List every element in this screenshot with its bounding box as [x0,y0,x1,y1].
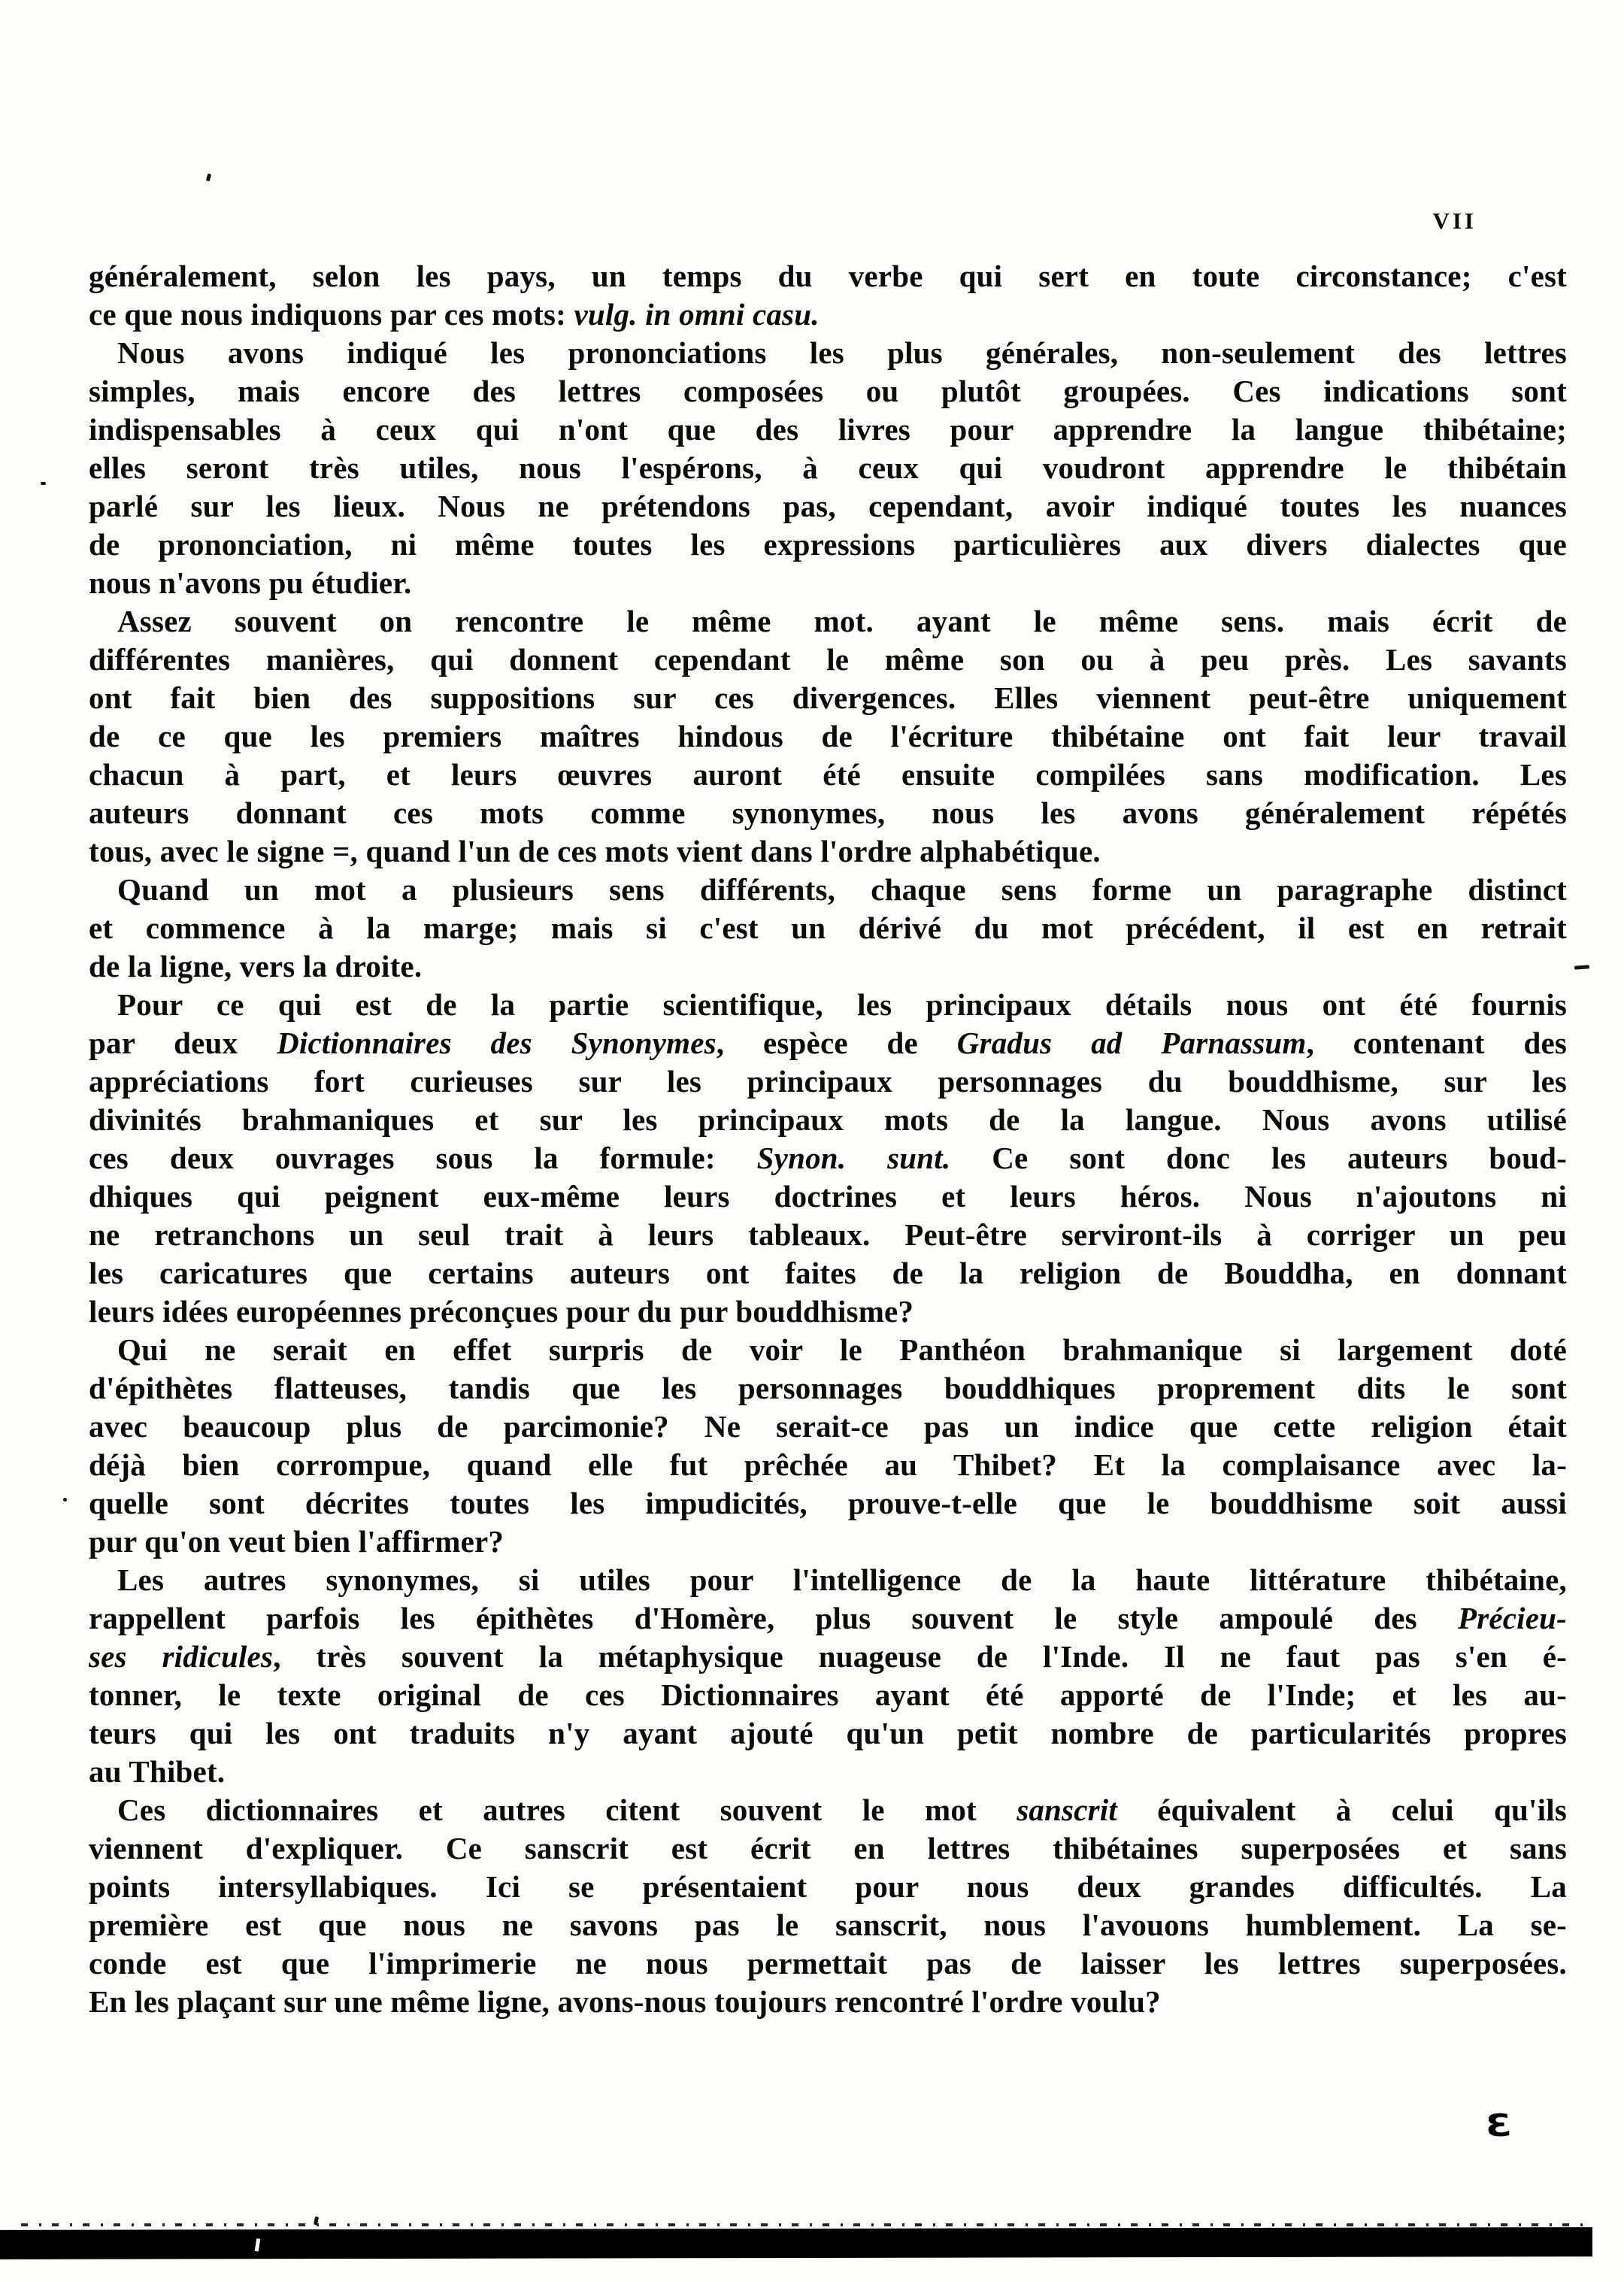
text-line: Assez souvent on rencontre le même mot. … [89,602,1567,641]
plain-text: ces deux ouvrages sous la formule: [89,1141,757,1175]
paragraph: Assez souvent on rencontre le même mot. … [89,602,1567,871]
plain-text: rappellent parfois les épithètes d'Homèr… [89,1601,1458,1635]
text-line: généralement, selon les pays, un temps d… [89,257,1567,295]
plain-text: auteurs donnant ces mots comme synonymes… [89,796,1567,830]
text-line: rappellent parfois les épithètes d'Homèr… [89,1599,1567,1638]
plain-text: Les autres synonymes, si utiles pour l'i… [117,1562,1567,1597]
scanned-page: VII généralement, selon les pays, un tem… [0,0,1624,2282]
text-line: les caricatures que certains auteurs ont… [89,1254,1567,1293]
plain-text: déjà bien corrompue, quand elle fut prêc… [89,1447,1567,1482]
plain-text: généralement, selon les pays, un temps d… [89,259,1567,293]
plain-text: de prononciation, ni même toutes les exp… [89,527,1567,562]
text-line: divinités brahmaniques et sur les princi… [89,1101,1567,1139]
plain-text: divinités brahmaniques et sur les princi… [89,1102,1567,1137]
text-line: Les autres synonymes, si utiles pour l'i… [89,1561,1567,1599]
text-line: différentes manières, qui donnent cepend… [89,641,1567,679]
italic-text: ses ridicules [89,1639,273,1674]
plain-text: , très souvent la métaphysique nuageuse … [273,1639,1567,1674]
plain-text: , contenant des [1306,1026,1567,1060]
text-line: et commence à la marge; mais si c'est un… [89,909,1567,947]
paragraph: Ces dictionnaires et autres citent souve… [89,1791,1567,2021]
text-line: indispensables à ceux qui n'ont que des … [89,411,1567,449]
text-line: première est que nous ne savons pas le s… [89,1906,1567,1944]
ink-speck [206,174,212,182]
plain-text: par deux [89,1026,277,1060]
plain-text: différentes manières, qui donnent cepend… [89,642,1567,677]
text-line: simples, mais encore des lettres composé… [89,372,1567,411]
text-line: au Thibet. [89,1753,1567,1791]
plain-text: Assez souvent on rencontre le même mot. … [117,604,1567,638]
plain-text: première est que nous ne savons pas le s… [89,1908,1567,1942]
plain-text: et commence à la marge; mais si c'est un… [89,911,1567,945]
text-line: Pour ce qui est de la partie scientifiqu… [89,986,1567,1024]
text-line: tous, avec le signe =, quand l'un de ces… [89,832,1567,871]
plain-text: Pour ce qui est de la partie scientifiqu… [117,987,1567,1022]
plain-text: appréciations fort curieuses sur les pri… [89,1064,1567,1099]
plain-text: Ces dictionnaires et autres citent souve… [117,1793,1017,1827]
text-line: pur qu'on veut bien l'affirmer? [89,1523,1567,1561]
italic-text: Précieu- [1458,1601,1567,1635]
text-line: ses ridicules, très souvent la métaphysi… [89,1638,1567,1676]
text-line: ces deux ouvrages sous la formule: Synon… [89,1139,1567,1177]
plain-text: Ce sont donc les auteurs boud- [950,1141,1567,1175]
plain-text: pur qu'on veut bien l'affirmer? [89,1524,504,1559]
text-line: Qui ne serait en effet surpris de voir l… [89,1331,1567,1369]
text-block: généralement, selon les pays, un temps d… [89,257,1567,2021]
text-line: leurs idées européennes préconçues pour … [89,1293,1567,1331]
text-line: de la ligne, vers la droite. [89,947,1567,986]
text-line: de prononciation, ni même toutes les exp… [89,526,1567,564]
paragraph: Les autres synonymes, si utiles pour l'i… [89,1561,1567,1791]
italic-text: vulg. in omni casu. [574,297,819,332]
italic-text: sanscrit [1017,1793,1117,1827]
plain-text: ont fait bien des suppositions sur ces d… [89,680,1567,715]
plain-text: au Thibet. [89,1754,225,1789]
plain-text: points intersyllabiques. Ici se présenta… [89,1869,1567,1904]
paragraph: Pour ce qui est de la partie scientifiqu… [89,986,1567,1331]
paragraph: Nous avons indiqué les prononciations le… [89,334,1567,602]
paragraph: Quand un mot a plusieurs sens différents… [89,871,1567,986]
plain-text: dhiques qui peignent eux-même leurs doct… [89,1179,1567,1214]
plain-text: équivalent à celui qu'ils [1117,1793,1567,1827]
text-line: viennent d'expliquer. Ce sanscrit est éc… [89,1829,1567,1868]
plain-text: viennent d'expliquer. Ce sanscrit est éc… [89,1831,1567,1865]
plain-text: conde est que l'imprimerie ne nous perme… [89,1946,1567,1980]
text-line: Ces dictionnaires et autres citent souve… [89,1791,1567,1829]
text-line: Nous avons indiqué les prononciations le… [89,334,1567,372]
text-line: par deux Dictionnaires des Synonymes, es… [89,1024,1567,1062]
plain-text: tonner, le texte original de ces Diction… [89,1677,1567,1712]
text-line: points intersyllabiques. Ici se présenta… [89,1868,1567,1906]
plain-text: ce que nous indiquons par ces mots: [89,297,574,332]
plain-text: avec beaucoup plus de parcimonie? Ne ser… [89,1409,1567,1444]
text-line: quelle sont décrites toutes les impudici… [89,1484,1567,1523]
plain-text: parlé sur les lieux. Nous ne prétendons … [89,489,1567,523]
text-line: dhiques qui peignent eux-même leurs doct… [89,1177,1567,1216]
scan-white-speck [255,2238,261,2252]
text-line: En les plaçant sur une même ligne, avons… [89,1983,1567,2021]
ink-speck [41,482,46,485]
text-line: ont fait bien des suppositions sur ces d… [89,679,1567,717]
plain-text: nous n'avons pu étudier. [89,565,411,600]
plain-text: indispensables à ceux qui n'ont que des … [89,412,1567,447]
plain-text: tous, avec le signe =, quand l'un de ces… [89,834,1101,868]
plain-text: les caricatures que certains auteurs ont… [89,1256,1567,1290]
text-line: parlé sur les lieux. Nous ne prétendons … [89,487,1567,526]
plain-text: leurs idées européennes préconçues pour … [89,1294,913,1329]
plain-text: Nous avons indiqué les prononciations le… [117,335,1567,370]
italic-text: Synon. sunt. [757,1141,951,1175]
text-line: déjà bien corrompue, quand elle fut prêc… [89,1446,1567,1484]
plain-text: En les plaçant sur une même ligne, avons… [89,1984,1161,2019]
text-line: conde est que l'imprimerie ne nous perme… [89,1944,1567,1983]
ink-speck [63,1498,67,1502]
plain-text: ne retranchons un seul trait à leurs tab… [89,1217,1567,1252]
text-line: elles seront très utiles, nous l'espéron… [89,449,1567,487]
text-line: ce que nous indiquons par ces mots: vulg… [89,295,1567,334]
italic-text: Gradus ad Parnassum [957,1026,1307,1060]
plain-text: Qui ne serait en effet surpris de voir l… [117,1332,1567,1367]
ink-speck [1574,965,1589,969]
text-line: d'épithètes flatteuses, tandis que les p… [89,1369,1567,1408]
page-number: VII [1432,208,1477,235]
text-line: Quand un mot a plusieurs sens différents… [89,871,1567,909]
plain-text: de ce que les premiers maîtres hindous d… [89,719,1567,753]
text-line: nous n'avons pu étudier. [89,564,1567,602]
text-line: chacun à part, et leurs œuvres auront ét… [89,756,1567,794]
italic-text: Dictionnaires des Synonymes [277,1026,717,1060]
plain-text: simples, mais encore des lettres composé… [89,374,1567,408]
paragraph: Qui ne serait en effet surpris de voir l… [89,1331,1567,1561]
text-line: auteurs donnant ces mots comme synonymes… [89,794,1567,832]
paragraph: généralement, selon les pays, un temps d… [89,257,1567,334]
plain-text: teurs qui les ont traduits n'y ayant ajo… [89,1716,1567,1750]
plain-text: chacun à part, et leurs œuvres auront ét… [89,757,1567,792]
text-line: teurs qui les ont traduits n'y ayant ajo… [89,1714,1567,1753]
plain-text: elles seront très utiles, nous l'espéron… [89,450,1567,485]
text-line: ne retranchons un seul trait à leurs tab… [89,1216,1567,1254]
scan-artifact-bar [0,2227,1592,2259]
text-line: tonner, le texte original de ces Diction… [89,1676,1567,1714]
plain-text: Quand un mot a plusieurs sens différents… [117,872,1567,907]
tibetan-ornament-glyph: Ɛ [1485,2108,1513,2144]
text-line: de ce que les premiers maîtres hindous d… [89,717,1567,756]
text-line: avec beaucoup plus de parcimonie? Ne ser… [89,1408,1567,1446]
plain-text: quelle sont décrites toutes les impudici… [89,1486,1567,1520]
plain-text: , espèce de [717,1026,957,1060]
text-line: appréciations fort curieuses sur les pri… [89,1062,1567,1101]
plain-text: de la ligne, vers la droite. [89,949,422,983]
plain-text: d'épithètes flatteuses, tandis que les p… [89,1371,1567,1405]
scan-noise-dots [21,2223,1585,2226]
